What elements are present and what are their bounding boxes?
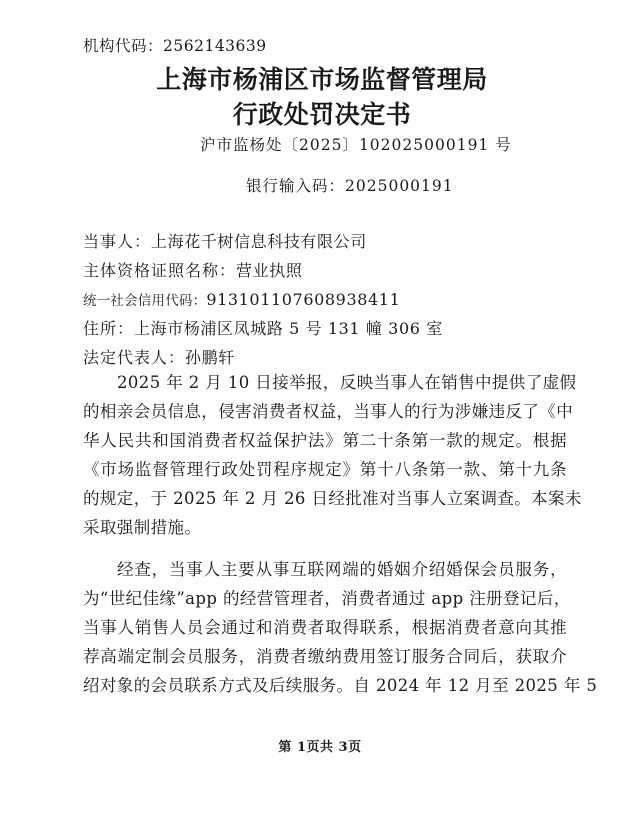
credit-code-line: 统一社会信用代码：913101107608938411 bbox=[83, 289, 400, 309]
document-number: 沪市监杨处〔2025〕102025000191 号 bbox=[200, 133, 512, 155]
party-label: 当事人： bbox=[83, 232, 151, 251]
bank-code-value: 2025000191 bbox=[345, 177, 454, 195]
paragraph-line: 2025 年 2 月 10 日接举报，反映当事人在销售中提供了虚假 bbox=[83, 368, 567, 397]
document-page: 机构代码：2562143639 上海市杨浦区市场监督管理局 行政处罚决定书 沪市… bbox=[0, 0, 640, 830]
license-line: 主体资格证照名称：营业执照 bbox=[83, 258, 302, 281]
paragraph-line: 为“世纪佳缘”app 的经营管理者，消费者通过 app 注册登记后， bbox=[83, 584, 567, 613]
credit-code-label: 统一社会信用代码： bbox=[83, 293, 206, 309]
address-label: 住所： bbox=[83, 319, 134, 338]
party-line: 当事人：上海花千树信息科技有限公司 bbox=[83, 229, 367, 252]
paragraph-line: 经查，当事人主要从事互联网端的婚姻介绍婚保会员服务， bbox=[83, 555, 567, 584]
credit-code-value: 913101107608938411 bbox=[206, 290, 400, 309]
paragraph-investigation: 经查，当事人主要从事互联网端的婚姻介绍婚保会员服务， 为“世纪佳缘”app 的经… bbox=[83, 555, 567, 700]
paragraph-line: 《市场监督管理行政处罚程序规定》第十八条第一款、第十九条 bbox=[83, 455, 567, 484]
paragraph-line: 华人民共和国消费者权益保护法》第二十条第一款的规定。根据 bbox=[83, 426, 567, 455]
party-name: 上海花千树信息科技有限公司 bbox=[151, 232, 367, 251]
paragraph-case-filing: 2025 年 2 月 10 日接举报，反映当事人在销售中提供了虚假 的相亲会员信… bbox=[83, 368, 567, 542]
bank-code-label: 银行输入码： bbox=[246, 177, 345, 195]
paragraph-line: 当事人销售人员会通过和消费者取得联系，根据消费者意向其推 bbox=[83, 613, 567, 642]
bank-code-line: 银行输入码：2025000191 bbox=[246, 174, 454, 196]
paragraph-line: 采取强制措施。 bbox=[83, 513, 567, 542]
license-label: 主体资格证照名称： bbox=[83, 261, 236, 280]
org-code-value: 2562143639 bbox=[163, 37, 267, 55]
issuing-authority-title: 上海市杨浦区市场监督管理局 bbox=[0, 60, 640, 96]
page-indicator: 第 1页共 3页 bbox=[0, 736, 640, 755]
paragraph-line: 荐高端定制会员服务，消费者缴纳费用签订服务合同后，获取介 bbox=[83, 642, 567, 671]
license-name: 营业执照 bbox=[236, 261, 302, 280]
document-type-title: 行政处罚决定书 bbox=[0, 95, 640, 131]
address-value: 上海市杨浦区凤城路 5 号 131 幢 306 室 bbox=[134, 319, 443, 338]
legal-representative-line: 法定代表人：孙鹏轩 bbox=[83, 345, 235, 368]
paragraph-line: 的相亲会员信息，侵害消费者权益，当事人的行为涉嫌违反了《中 bbox=[83, 397, 567, 426]
org-code-label: 机构代码： bbox=[83, 37, 163, 55]
address-line: 住所：上海市杨浦区凤城路 5 号 131 幢 306 室 bbox=[83, 316, 443, 339]
legal-rep-label: 法定代表人： bbox=[83, 348, 185, 367]
org-code-line: 机构代码：2562143639 bbox=[83, 34, 267, 56]
legal-rep-name: 孙鹏轩 bbox=[185, 348, 235, 367]
paragraph-line: 绍对象的会员联系方式及后续服务。自 2024 年 12 月至 2025 年 5 bbox=[83, 671, 567, 700]
paragraph-line: 的规定，于 2025 年 2 月 26 日经批准对当事人立案调查。本案未 bbox=[83, 484, 567, 513]
